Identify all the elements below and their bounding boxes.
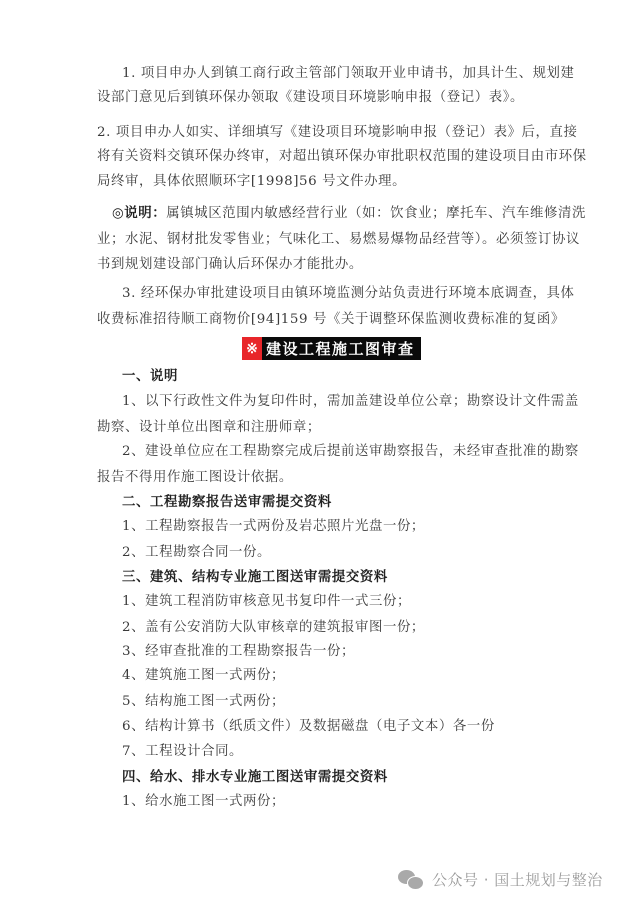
section-heading: 二、工程勘察报告送审需提交资料 xyxy=(122,492,547,512)
paragraph-line: 1、以下行政性文件为复印件时，需加盖建设单位公章；勘察设计文件需盖 xyxy=(122,392,547,412)
list-item: 3、经审查批准的工程勘察报告一份； xyxy=(122,642,547,662)
watermark: 公众号 · 国土规划与整治 xyxy=(398,866,603,892)
wechat-icon xyxy=(398,868,426,890)
note-paragraph: ◎说明：属镇城区范围内敏感经营行业（如：饮食业；摩托车、汽车维修清洗 xyxy=(112,203,547,224)
paragraph-line: 报告不得用作施工图设计依据。 xyxy=(97,468,547,488)
section-title: 建设工程施工图审查 xyxy=(262,337,421,360)
list-item: 1、给水施工图一式两份； xyxy=(122,792,547,812)
paragraph-line: 业；水泥、钢材批发零售业；气味化工、易燃易爆物品经营等）。必须签订协议 xyxy=(97,230,547,250)
paragraph-line: 书到规划建设部门确认后环保办才能批办。 xyxy=(97,255,547,275)
section-banner: ※ 建设工程施工图审查 xyxy=(242,337,421,360)
note-label: ◎说明： xyxy=(112,205,166,221)
paragraph-line: 设部门意见后到镇环保办领取《建设项目环境影响申报（登记）表》。 xyxy=(97,88,547,108)
paragraph-line: 3. 经环保办审批建设项目由镇环境监测分站负责进行环境本底调查，具体 xyxy=(122,284,547,304)
paragraph-line: 勘察、设计单位出图章和注册师章； xyxy=(97,418,547,438)
reference-mark-icon: ※ xyxy=(242,337,262,360)
section-heading: 三、建筑、结构专业施工图送审需提交资料 xyxy=(122,567,547,587)
list-item: 2、盖有公安消防大队审核章的建筑报审图一份； xyxy=(122,618,547,638)
paragraph-line: 2. 项目申办人如实、详细填写《建设项目环境影响申报（登记）表》后，直接 xyxy=(97,123,547,143)
paragraph-line: 将有关资料交镇环保办终审，对超出镇环保办审批职权范围的建设项目由市环保 xyxy=(97,147,547,167)
watermark-text: 公众号 · 国土规划与整治 xyxy=(432,869,603,890)
paragraph-line: 局终审，具体依照顺环字[1998]56 号文件办理。 xyxy=(97,172,547,192)
paragraph-line: 收费标准招待顺工商物价[94]159 号《关于调整环保监测收费标准的复函》 xyxy=(97,310,547,330)
paragraph-line: 2、建设单位应在工程勘察完成后提前送审勘察报告，未经审查批准的勘察 xyxy=(122,442,547,462)
paragraph-line: 1. 项目申办人到镇工商行政主管部门领取开业申请书，加具计生、规划建 xyxy=(122,64,547,84)
list-item: 2、工程勘察合同一份。 xyxy=(122,543,547,563)
section-heading: 一、说明 xyxy=(122,366,547,386)
list-item: 1、工程勘察报告一式两份及岩芯照片光盘一份； xyxy=(122,517,547,537)
list-item: 7、工程设计合同。 xyxy=(122,742,547,762)
section-heading: 四、给水、排水专业施工图送审需提交资料 xyxy=(122,767,547,787)
list-item: 5、结构施工图一式两份； xyxy=(122,692,547,712)
list-item: 1、建筑工程消防审核意见书复印件一式三份； xyxy=(122,592,547,612)
list-item: 4、建筑施工图一式两份； xyxy=(122,666,547,686)
note-text: 属镇城区范围内敏感经营行业（如：饮食业；摩托车、汽车维修清洗 xyxy=(166,206,586,221)
list-item: 6、结构计算书（纸质文件）及数据磁盘（电子文本）各一份 xyxy=(122,717,547,737)
